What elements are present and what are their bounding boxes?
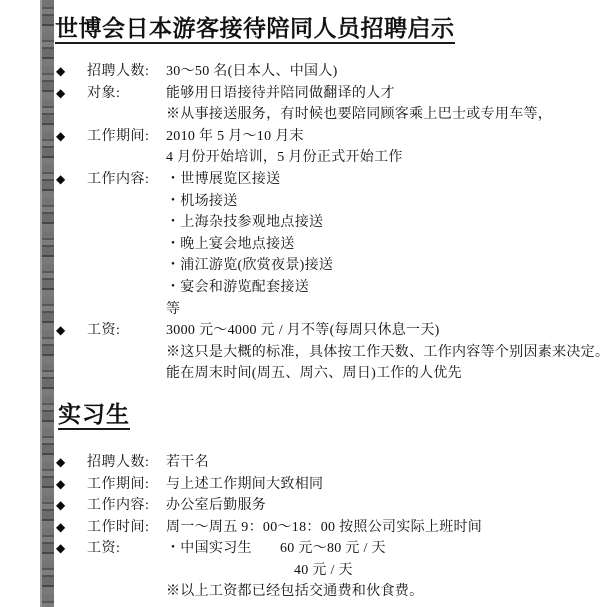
row-value: ・中国实习生 — [166, 538, 280, 560]
row-label: 工资: — [87, 320, 166, 342]
row-value-secondary: 40 元 / 天 — [280, 560, 353, 582]
row-label: 工资: — [87, 538, 166, 560]
main-title-text: 世博会日本游客接待陪同人员招聘启示 — [55, 16, 455, 44]
document-row: ◆ 工作内容: 办公室后勤服务 — [55, 495, 603, 517]
diamond-bullet-icon: ◆ — [55, 83, 87, 105]
row-value: 等 — [166, 299, 603, 321]
document-row: 4 月份开始培训，5 月份正式开始工作 — [55, 147, 603, 169]
document-row: ◆ 工作期间: 2010 年 5 月～10 月末 — [55, 126, 603, 148]
row-value: ・晚上宴会地点接送 — [166, 234, 603, 256]
diamond-bullet-icon: ◆ — [55, 517, 87, 539]
row-value-secondary: 60 元～80 元 / 天 — [280, 538, 386, 560]
document-row: ◆ 招聘人数: 30～50 名(日本人、中国人) — [55, 61, 603, 83]
row-value: ・世博展览区接送 — [166, 169, 603, 191]
row-value: 能在周末时间(周五、周六、周日)工作的人优先 — [166, 363, 603, 385]
document-row: ・晚上宴会地点接送 — [55, 234, 603, 256]
row-label: 对象: — [87, 83, 166, 105]
row-label: 工作时间: — [87, 517, 166, 539]
diamond-bullet-icon: ◆ — [55, 126, 87, 148]
row-value: 4 月份开始培训，5 月份正式开始工作 — [166, 147, 603, 169]
row-value: ※以上工资都已经包括交通费和伙食费。 — [166, 581, 603, 603]
diamond-bullet-icon: ◆ — [55, 320, 87, 342]
row-value: 2010 年 5 月～10 月末 — [166, 126, 603, 148]
document-content: 世博会日本游客接待陪同人员招聘启示 ◆ 招聘人数: 30～50 名(日本人、中国… — [55, 0, 603, 603]
diamond-bullet-icon: ◆ — [55, 495, 87, 517]
row-value: 办公室后勤服务 — [166, 495, 603, 517]
scan-edge-artifact — [40, 0, 54, 607]
diamond-bullet-icon: ◆ — [55, 474, 87, 496]
document-row: ◆ 工资: ・中国实习生 60 元～80 元 / 天 — [55, 538, 603, 560]
row-value: ・上海杂技参观地点接送 — [166, 212, 603, 234]
intern-title: 实习生 — [58, 400, 603, 430]
document-row: ◆ 工作内容: ・世博展览区接送 — [55, 169, 603, 191]
document-row: ◆ 工作时间: 周一～周五 9：00～18：00 按照公司实际上班时间 — [55, 517, 603, 539]
document-row: ※以上工资都已经包括交通费和伙食费。 — [55, 581, 603, 603]
row-value: 30～50 名(日本人、中国人) — [166, 61, 603, 83]
row-label: 工作期间: — [87, 474, 166, 496]
diamond-bullet-icon: ◆ — [55, 452, 87, 474]
row-label: 工作内容: — [87, 495, 166, 517]
document-row: ・机场接送 — [55, 191, 603, 213]
main-title: 世博会日本游客接待陪同人员招聘启示 — [55, 12, 603, 46]
document-row: ・浦江游览(欣赏夜景)接送 — [55, 255, 603, 277]
row-value: 与上述工作期间大致相同 — [166, 474, 603, 496]
diamond-bullet-icon: ◆ — [55, 538, 87, 560]
row-value: ※这只是大概的标准，具体按工作天数、工作内容等个别因素来决定。 — [166, 342, 609, 364]
row-value: ・浦江游览(欣赏夜景)接送 — [166, 255, 603, 277]
document-row: ※从事接送服务，有时候也要陪同顾客乘上巴士或专用车等， — [55, 104, 603, 126]
document-row: ◆ 工资: 3000 元～4000 元 / 月不等(每周只休息一天) — [55, 320, 603, 342]
row-label: 工作内容: — [87, 169, 166, 191]
row-value: 能够用日语接待并陪同做翻译的人才 — [166, 83, 603, 105]
document-row: ・宴会和游览配套接送 — [55, 277, 603, 299]
row-label: 工作期间: — [87, 126, 166, 148]
main-section-rows: ◆ 招聘人数: 30～50 名(日本人、中国人) ◆ 对象: 能够用日语接待并陪… — [55, 61, 603, 385]
row-value: 3000 元～4000 元 / 月不等(每周只休息一天) — [166, 320, 603, 342]
intern-section-rows: ◆ 招聘人数: 若干名 ◆ 工作期间: 与上述工作期间大致相同 ◆ 工作内容: … — [55, 452, 603, 603]
document-row: ◆ 对象: 能够用日语接待并陪同做翻译的人才 — [55, 83, 603, 105]
row-value: ・宴会和游览配套接送 — [166, 277, 603, 299]
document-row: ※这只是大概的标准，具体按工作天数、工作内容等个别因素来决定。 — [55, 342, 603, 364]
diamond-bullet-icon: ◆ — [55, 169, 87, 191]
document-row: 等 — [55, 299, 603, 321]
document-row: 能在周末时间(周五、周六、周日)工作的人优先 — [55, 363, 603, 385]
row-value: 周一～周五 9：00～18：00 按照公司实际上班时间 — [166, 517, 603, 539]
row-value: ・机场接送 — [166, 191, 603, 213]
document-page: 世博会日本游客接待陪同人员招聘启示 ◆ 招聘人数: 30～50 名(日本人、中国… — [0, 0, 610, 607]
row-value: 若干名 — [166, 452, 603, 474]
row-label: 招聘人数: — [87, 452, 166, 474]
diamond-bullet-icon: ◆ — [55, 61, 87, 83]
row-value: ※从事接送服务，有时候也要陪同顾客乘上巴士或专用车等， — [166, 104, 603, 126]
document-row: ◆ 工作期间: 与上述工作期间大致相同 — [55, 474, 603, 496]
document-row: 40 元 / 天 — [55, 560, 603, 582]
document-row: ・上海杂技参观地点接送 — [55, 212, 603, 234]
document-row: ◆ 招聘人数: 若干名 — [55, 452, 603, 474]
row-label: 招聘人数: — [87, 61, 166, 83]
intern-title-text: 实习生 — [58, 402, 130, 430]
